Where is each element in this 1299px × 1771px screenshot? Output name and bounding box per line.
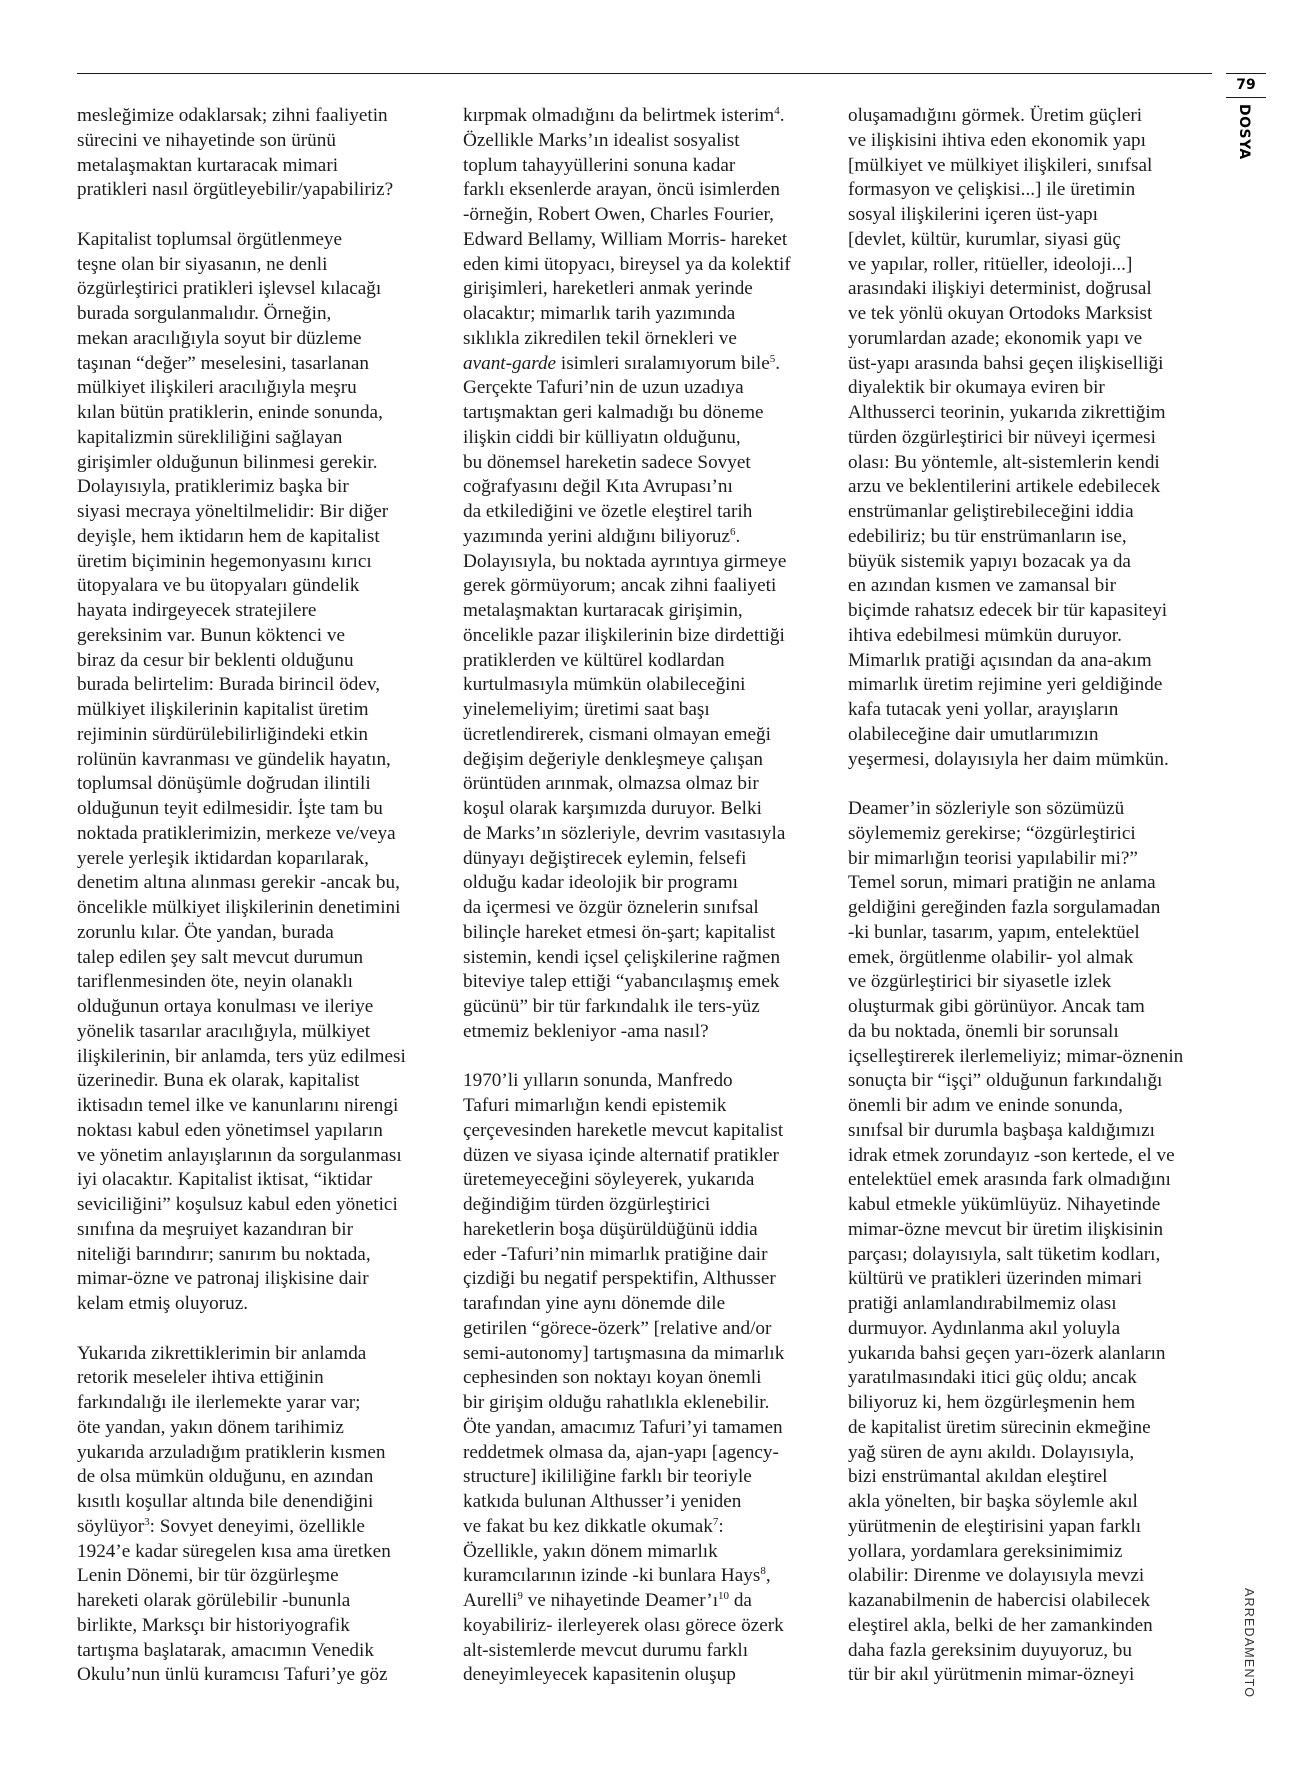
body-text-line: zorunlu kılar. Öte yandan, burada xyxy=(77,921,449,946)
body-text-line: Dolayısıyla, bu noktada ayrıntıya girmey… xyxy=(463,550,835,575)
body-text-line: yeşermesi, dolayısıyla her daim mümkün. xyxy=(848,748,1220,773)
body-text-line: structure] ikililiğine farklı bir teoriy… xyxy=(463,1465,835,1490)
body-text-line: Lenin Dönemi, bir tür özgürleşme xyxy=(77,1564,449,1589)
body-text-line: hayata indirgeyecek stratejilere xyxy=(77,599,449,624)
body-text-line: de Marks’ın sözleriyle, devrim vasıtasıy… xyxy=(463,822,835,847)
body-text-line: 1970’li yılların sonunda, Manfredo xyxy=(463,1069,835,1094)
body-text-line: yürütmenin de eleştirisini yapan farklı xyxy=(848,1515,1220,1540)
body-text-line: Okulu’nun ünlü kuramcısı Tafuri’ye göz xyxy=(77,1663,449,1688)
body-text-line: eder -Tafuri’nin mimarlık pratiğine dair xyxy=(463,1243,835,1268)
body-text-line: tartışmaktan geri kalmadığı bu döneme xyxy=(463,401,835,426)
body-text-line: yazımında yerini aldığını biliyoruz6. xyxy=(463,525,835,550)
body-text-line: kafa tutacak yeni yollar, arayışların xyxy=(848,698,1220,723)
italic-term: avant-garde xyxy=(463,353,556,374)
body-text-line: kısıtlı koşullar altında bile denendiğin… xyxy=(77,1490,449,1515)
body-text-line: teşne olan bir siyasanın, ne denli xyxy=(77,253,449,278)
body-text-line: içselleştirerek ilerlemeliyiz; mimar-özn… xyxy=(848,1045,1220,1070)
body-text-line: etmemiz bekleniyor -ama nasıl? xyxy=(463,1020,835,1045)
section-label: DOSYA xyxy=(1236,104,1252,160)
body-text-line: da içermesi ve özgür öznelerin sınıfsal xyxy=(463,896,835,921)
body-text-line: sıklıkla zikredilen tekil örnekleri ve xyxy=(463,327,835,352)
body-text-line: noktada pratiklerimizin, merkeze ve/veya xyxy=(77,822,449,847)
body-text-line: Althusserci teorinin, yukarıda zikrettiğ… xyxy=(848,401,1220,426)
body-text-line: iktisadın temel ilke ve kanunlarını nire… xyxy=(77,1094,449,1119)
body-text-line: ve tek yönlü okuyan Ortodoks Marksist xyxy=(848,302,1220,327)
body-text-line: durmuyor. Aydınlanma akıl yoluyla xyxy=(848,1317,1220,1342)
footnote-marker: 4 xyxy=(774,105,780,117)
body-text-line: 1924’e kadar süregelen kısa ama üretken xyxy=(77,1540,449,1565)
body-text-line: denetim altına alınması gerekir -ancak b… xyxy=(77,871,449,896)
body-text-line: Özellikle, yakın dönem mimarlık xyxy=(463,1540,835,1565)
body-text-line: reddetmek olmasa da, ajan-yapı [agency- xyxy=(463,1441,835,1466)
body-text-line: söylememiz gerekirse; “özgürleştirici xyxy=(848,822,1220,847)
body-text-line: eden kimi ütopyacı, bireysel ya da kolek… xyxy=(463,253,835,278)
body-text-line: oluşturmak gibi görünüyor. Ancak tam xyxy=(848,995,1220,1020)
text-column-3: oluşamadığını görmek. Üretim güçlerive i… xyxy=(848,104,1220,1688)
body-text-line: gerek görmüyorum; ancak zihni faaliyeti xyxy=(463,574,835,599)
body-text-line: getirilen “görece-özerk” [relative and/o… xyxy=(463,1317,835,1342)
body-text-line: akla yönelten, bir başka söylemle akıl xyxy=(848,1490,1220,1515)
body-text-line: tarafından yine aynı dönemde dile xyxy=(463,1292,835,1317)
body-text-line: Deamer’in sözleriyle son sözümüzü xyxy=(848,797,1220,822)
body-text-line: noktası kabul eden yönetimsel yapıların xyxy=(77,1119,449,1144)
body-text-line: de olsa mümkün olduğunu, en azından xyxy=(77,1465,449,1490)
body-text-line: koyabiliriz- ilerleyerek olası görece öz… xyxy=(463,1614,835,1639)
body-text-line: metalaşmaktan kurtaracak girişimin, xyxy=(463,599,835,624)
body-text-line: yollara, yordamlara gereksinimimiz xyxy=(848,1540,1220,1565)
body-text-line: tariflenmesinden öte, neyin olanaklı xyxy=(77,970,449,995)
footnote-marker: 6 xyxy=(730,526,736,538)
body-text-line: Tafuri mimarlığın kendi epistemik xyxy=(463,1094,835,1119)
body-text-line: biraz da cesur bir beklenti olduğunu xyxy=(77,649,449,674)
paragraph-gap xyxy=(77,1317,449,1342)
page-number-rule-bottom xyxy=(1226,97,1266,98)
body-text-line: emek, örgütlenme olabilir- yol almak xyxy=(848,946,1220,971)
footnote-marker: 8 xyxy=(760,1565,766,1577)
body-text-line: bizi enstrümantal akıldan eleştirel xyxy=(848,1465,1220,1490)
page-number-rule-top xyxy=(1226,73,1266,74)
body-text-line: birlikte, Marksçı bir historiyografik xyxy=(77,1614,449,1639)
body-text-line: kurtulmasıyla mümkün olabileceğini xyxy=(463,673,835,698)
body-text-line: girişimler olduğunun bilinmesi gerekir. xyxy=(77,451,449,476)
body-text-line: üretim biçiminin hegemonyasını kırıcı xyxy=(77,550,449,575)
body-text-line: girişimleri, hareketleri anmak yerinde xyxy=(463,277,835,302)
body-text-line: yukarıda bahsi geçen yarı-özerk alanları… xyxy=(848,1342,1220,1367)
body-text-line: yukarıda arzuladığım pratiklerin kısmen xyxy=(77,1441,449,1466)
body-text-line: olası: Bu yöntemle, alt-sistemlerin kend… xyxy=(848,451,1220,476)
body-text-line: taşınan “değer” meselesini, tasarlanan xyxy=(77,352,449,377)
body-text-line: söylüyor3: Sovyet deneyimi, özellikle xyxy=(77,1515,449,1540)
body-text-line: mülkiyet ilişkilerinin kapitalist üretim xyxy=(77,698,449,723)
body-text-line: yönelik tasarılar aracılığıyla, mülkiyet xyxy=(77,1020,449,1045)
body-text-line: coğrafyasını değil Kıta Avrupası’nı xyxy=(463,475,835,500)
body-text-line: alt-sistemlerde mevcut durumu farklı xyxy=(463,1639,835,1664)
body-text-line: oluşamadığını görmek. Üretim güçleri xyxy=(848,104,1220,129)
body-text-line: olduğunun ortaya konulması ve ileriye xyxy=(77,995,449,1020)
body-text-line: sonuçta bir “işçi” olduğunun farkındalığ… xyxy=(848,1069,1220,1094)
body-text-line: ve fakat bu kez dikkatle okumak7: xyxy=(463,1515,835,1540)
body-text-line: [devlet, kültür, kurumlar, siyasi güç xyxy=(848,228,1220,253)
body-text-line: niteliği barındırır; sanırım bu noktada, xyxy=(77,1243,449,1268)
body-text-line: tartışma başlatarak, amacımın Venedik xyxy=(77,1639,449,1664)
body-text-line: rolünün kavranması ve gündelik hayatın, xyxy=(77,748,449,773)
magazine-label: ARREDAMENTO xyxy=(1242,1588,1256,1698)
body-text-line: kelam etmiş oluyoruz. xyxy=(77,1292,449,1317)
body-text-line: daha fazla gereksinim duyuyoruz, bu xyxy=(848,1639,1220,1664)
body-text-line: üretemeyeceğini söyleyerek, yukarıda xyxy=(463,1168,835,1193)
body-text-line: ilişkilerinin, bir anlamda, ters yüz edi… xyxy=(77,1045,449,1070)
body-text-line: biteviye talep ettiği “yabancılaşmış eme… xyxy=(463,970,835,995)
top-rule xyxy=(77,73,1212,74)
body-text-line: burada belirtelim: Burada birincil ödev, xyxy=(77,673,449,698)
body-text-line: Yukarıda zikrettiklerimin bir anlamda xyxy=(77,1342,449,1367)
body-text-line: ve özgürleştirici bir siyasetle izlek xyxy=(848,970,1220,995)
body-text-line: öncelikle mülkiyet ilişkilerinin denetim… xyxy=(77,896,449,921)
body-text-line: metalaşmaktan kurtaracak mimari xyxy=(77,154,449,179)
body-text-line: türden özgürleştirici bir nüveyi içermes… xyxy=(848,426,1220,451)
body-text-line: -ki bunlar, tasarım, yapım, entelektüel xyxy=(848,921,1220,946)
body-text-line: rejiminin sürdürülebilirliğindeki etkin xyxy=(77,723,449,748)
body-text-line: en azından kısmen ve zamansal bir xyxy=(848,574,1220,599)
body-text-line: koşul olarak karşımızda duruyor. Belki xyxy=(463,797,835,822)
body-text-line: çerçevesinden hareketle mevcut kapitalis… xyxy=(463,1119,835,1144)
body-text-line: olabilir: Direnme ve dolayısıyla mevzi xyxy=(848,1564,1220,1589)
body-text-line: farklı eksenlerde arayan, öncü isimlerde… xyxy=(463,178,835,203)
body-text-line: ve yapılar, roller, ritüeller, ideoloji.… xyxy=(848,253,1220,278)
body-text-line: kazanabilmenin de habercisi olabilecek xyxy=(848,1589,1220,1614)
body-text-line: kılan bütün pratiklerin, eninde sonunda, xyxy=(77,401,449,426)
body-text-line: talep edilen şey salt mevcut durumun xyxy=(77,946,449,971)
body-text-line: Kapitalist toplumsal örgütlenmeye xyxy=(77,228,449,253)
body-text-line: yaratılmasındaki itici güç oldu; ancak xyxy=(848,1366,1220,1391)
body-text-line: ilişkin ciddi bir külliyatın olduğunu, xyxy=(463,426,835,451)
paragraph-gap xyxy=(77,203,449,228)
body-text-line: bir mimarlığın teorisi yapılabilir mi?” xyxy=(848,847,1220,872)
body-text-line: dünyayı değiştirecek eylemin, felsefi xyxy=(463,847,835,872)
body-text-line: geldiğini gereğinden fazla sorgulamadan xyxy=(848,896,1220,921)
body-text-line: mimar-özne mevcut bir üretim ilişkisinin xyxy=(848,1218,1220,1243)
body-text-line: hareketlerin boşa düşürüldüğünü iddia xyxy=(463,1218,835,1243)
body-text-line: kabul etmekle yükümlüyüz. Nihayetinde xyxy=(848,1193,1220,1218)
page-number: 79 xyxy=(1226,77,1266,93)
body-text-line: olduğunun teyit edilmesidir. İşte tam bu xyxy=(77,797,449,822)
text-column-2: kırpmak olmadığını da belirtmek isterim4… xyxy=(463,104,835,1688)
body-text-line: pratiği anlamlandırabilmemiz olası xyxy=(848,1292,1220,1317)
body-text-line: tür bir akıl yürütmenin mimar-özneyi xyxy=(848,1663,1220,1688)
body-text-line: diyalektik bir okumaya eviren bir xyxy=(848,376,1220,401)
body-text-line: ve yönetim anlayışlarının da sorgulanmas… xyxy=(77,1144,449,1169)
body-text-line: cephesinden son noktayı koyan önemli xyxy=(463,1366,835,1391)
body-text-line: semi-autonomy] tartışmasına da mimarlık xyxy=(463,1342,835,1367)
body-text-line: önemli bir adım ve eninde sonunda, xyxy=(848,1094,1220,1119)
body-text-line: arzu ve beklentilerini artikele edebilec… xyxy=(848,475,1220,500)
body-text-line: -örneğin, Robert Owen, Charles Fourier, xyxy=(463,203,835,228)
body-text-line: bir girişim olduğu rahatlıkla eklenebili… xyxy=(463,1391,835,1416)
footnote-marker: 5 xyxy=(770,353,776,365)
body-text-line: üst-yapı arasında bahsi geçen ilişkisell… xyxy=(848,352,1220,377)
body-text-line: toplumsal dönüşümle doğrudan ilintili xyxy=(77,772,449,797)
body-text-line: öncelikle pazar ilişkilerinin bize dirde… xyxy=(463,624,835,649)
body-text-line: burada sorgulanmalıdır. Örneğin, xyxy=(77,302,449,327)
body-text-line: düzen ve siyasa içinde alternatif pratik… xyxy=(463,1144,835,1169)
body-text-line: ütopyalara ve bu ütopyaları gündelik xyxy=(77,574,449,599)
body-text-line: deneyimleyecek kapasitenin oluşup xyxy=(463,1663,835,1688)
body-text-line: sistemin, kendi içsel çelişkilerine rağm… xyxy=(463,946,835,971)
body-text-line: farkındalığı ile ilerlemekte yarar var; xyxy=(77,1391,449,1416)
body-text-line: mesleğimize odaklarsak; zihni faaliyetin xyxy=(77,104,449,129)
body-text-line: mimarlık üretim rejimine yeri geldiğinde xyxy=(848,673,1220,698)
body-text-line: katkıda bulunan Althusser’i yeniden xyxy=(463,1490,835,1515)
body-text-line: iyi olacaktır. Kapitalist iktisat, “ikti… xyxy=(77,1168,449,1193)
body-text-line: gücünü” bir tür farkındalık ile ters-yüz xyxy=(463,995,835,1020)
body-text-line: avant-garde isimleri sıralamıyorum bile5… xyxy=(463,352,835,377)
body-text-line: sosyal ilişkilerini içeren üst-yapı xyxy=(848,203,1220,228)
body-text-line: Dolayısıyla, pratiklerimiz başka bir xyxy=(77,475,449,500)
body-text-line: de kapitalist üretim sürecinin ekmeğine xyxy=(848,1416,1220,1441)
body-text-line: Edward Bellamy, William Morris- hareket xyxy=(463,228,835,253)
body-text-line: formasyon ve çelişkisi...] ile üretimin xyxy=(848,178,1220,203)
body-text-line: ve ilişkisini ihtiva eden ekonomik yapı xyxy=(848,129,1220,154)
body-text-line: Temel sorun, mimari pratiğin ne anlama xyxy=(848,871,1220,896)
body-text-line: yağ süren de aynı akıldı. Dolayısıyla, xyxy=(848,1441,1220,1466)
body-text-line: bu dönemsel hareketin sadece Sovyet xyxy=(463,451,835,476)
body-text-line: retorik meseleler ihtiva ettiğinin xyxy=(77,1366,449,1391)
body-text-line: olabileceğine dair umutlarımızın xyxy=(848,723,1220,748)
body-text-line: idrak etmek zorundayız -son kertede, el … xyxy=(848,1144,1220,1169)
body-text-line: kapitalizmin sürekliliğini sağlayan xyxy=(77,426,449,451)
paragraph-gap xyxy=(848,772,1220,797)
body-text-line: biliyoruz ki, hem özgürleşmenin hem xyxy=(848,1391,1220,1416)
body-text-line: büyük sistemik yapıyı bozacak ya da xyxy=(848,550,1220,575)
body-text-line: sürecini ve nihayetinde son ürünü xyxy=(77,129,449,154)
body-text-line: üzerinedir. Buna ek olarak, kapitalist xyxy=(77,1069,449,1094)
body-text-line: değişim değeriyle denkleşmeye çalışan xyxy=(463,748,835,773)
body-text-line: yinelemeliyim; üretimi saat başı xyxy=(463,698,835,723)
footnote-marker: 7 xyxy=(713,1516,719,1528)
body-text-line: olacaktır; mimarlık tarih yazımında xyxy=(463,302,835,327)
body-text-line: entelektüel emek arasında fark olmadığın… xyxy=(848,1168,1220,1193)
body-text-line: çizdiği bu negatif perspektifin, Althuss… xyxy=(463,1267,835,1292)
text-column-1: mesleğimize odaklarsak; zihni faaliyetin… xyxy=(77,104,449,1688)
body-text-line: edebiliriz; bu tür enstrümanların ise, xyxy=(848,525,1220,550)
body-text-line: deyişle, hem iktidarın hem de kapitalist xyxy=(77,525,449,550)
body-text-line: Özellikle Marks’ın idealist sosyalist xyxy=(463,129,835,154)
body-text-line: özgürleştirici pratikleri işlevsel kılac… xyxy=(77,277,449,302)
body-text-line: kültürü ve pratikleri üzerinden mimari xyxy=(848,1267,1220,1292)
body-text-line: parçası; dolayısıyla, salt tüketim kodla… xyxy=(848,1243,1220,1268)
body-text-line: yerele yerleşik iktidardan koparılarak, xyxy=(77,847,449,872)
body-text-line: Aurelli9 ve nihayetinde Deamer’ı10 da xyxy=(463,1589,835,1614)
footnote-marker: 3 xyxy=(144,1516,150,1528)
body-text-line: yorumlardan azade; ekonomik yapı ve xyxy=(848,327,1220,352)
body-text-line: arasındaki ilişkiyi determinist, doğrusa… xyxy=(848,277,1220,302)
paragraph-gap xyxy=(463,1045,835,1070)
body-text-line: değindiğim türden özgürleştirici xyxy=(463,1193,835,1218)
body-text-line: mekan aracılığıyla soyut bir düzleme xyxy=(77,327,449,352)
body-text-line: enstrümanlar geliştirebileceğini iddia xyxy=(848,500,1220,525)
body-text-line: [mülkiyet ve mülkiyet ilişkileri, sınıfs… xyxy=(848,154,1220,179)
body-text-line: pratiklerden ve kültürel kodlardan xyxy=(463,649,835,674)
body-text-line: öte yandan, yakın dönem tarihimiz xyxy=(77,1416,449,1441)
body-text-line: olduğu kadar ideolojik bir programı xyxy=(463,871,835,896)
body-text-line: örüntüden arınmak, olmazsa olmaz bir xyxy=(463,772,835,797)
body-text-line: Mimarlık pratiği açısından da ana-akım xyxy=(848,649,1220,674)
body-text-line: sınıfına da meşruiyet kazandıran bir xyxy=(77,1218,449,1243)
body-text-line: eleştirel akla, belki de her zamankinden xyxy=(848,1614,1220,1639)
body-text-line: siyasi mecraya yöneltilmelidir: Bir diğe… xyxy=(77,500,449,525)
body-text-line: da etkilediğini ve özetle eleştirel tari… xyxy=(463,500,835,525)
body-text-line: Gerçekte Tafuri’nin de uzun uzadıya xyxy=(463,376,835,401)
body-text-line: kuramcılarının izinde -ki bunlara Hays8, xyxy=(463,1564,835,1589)
body-text-line: biçimde rahatsız edecek bir tür kapasite… xyxy=(848,599,1220,624)
body-text-line: mimar-özne ve patronaj ilişkisine dair xyxy=(77,1267,449,1292)
body-text-line: Öte yandan, amacımız Tafuri’yi tamamen xyxy=(463,1416,835,1441)
body-text-line: da bu noktada, önemli bir sorunsalı xyxy=(848,1020,1220,1045)
body-text-line: hareketi olarak görülebilir -bununla xyxy=(77,1589,449,1614)
body-text-line: mülkiyet ilişkileri aracılığıyla meşru xyxy=(77,376,449,401)
body-text-line: ücretlendirerek, cismani olmayan emeği xyxy=(463,723,835,748)
body-text-line: kırpmak olmadığını da belirtmek isterim4… xyxy=(463,104,835,129)
body-text-line: pratikleri nasıl örgütleyebilir/yapabili… xyxy=(77,178,449,203)
body-text-line: sınıfsal bir durumla başbaşa kaldığımızı xyxy=(848,1119,1220,1144)
body-text-line: ihtiva edebilmesi mümkün duruyor. xyxy=(848,624,1220,649)
footnote-marker: 10 xyxy=(718,1590,729,1602)
body-text-line: toplum tahayyüllerini sonuna kadar xyxy=(463,154,835,179)
body-text-line: bilinçle hareket etmesi ön-şart; kapital… xyxy=(463,921,835,946)
footnote-marker: 9 xyxy=(517,1590,523,1602)
body-text-line: seviciliğini” koşulsuz kabul eden yöneti… xyxy=(77,1193,449,1218)
body-text-line: gereksinim var. Bunun köktenci ve xyxy=(77,624,449,649)
